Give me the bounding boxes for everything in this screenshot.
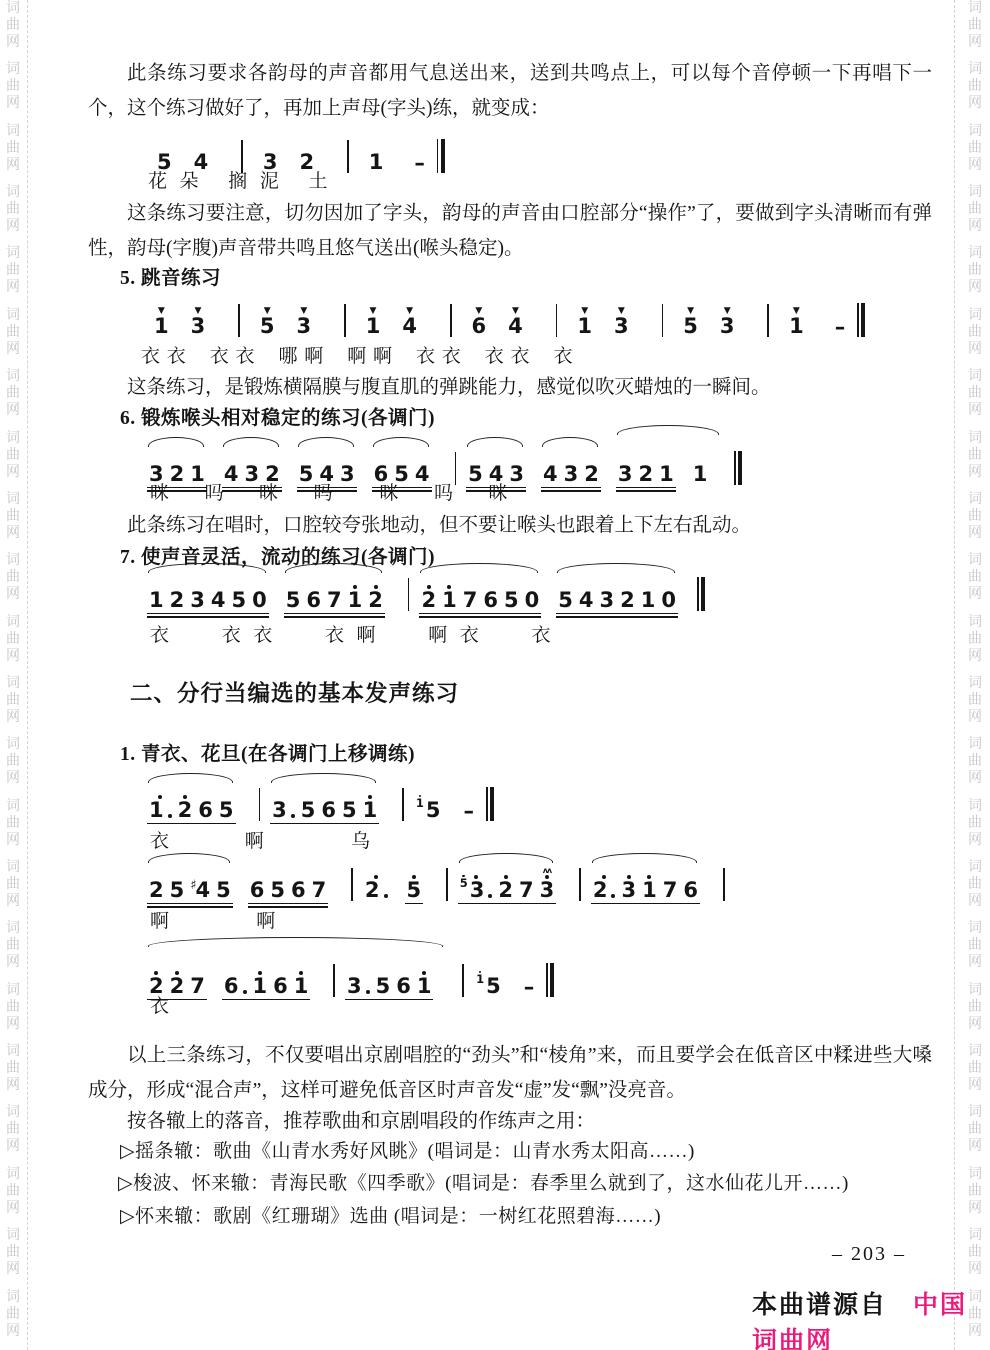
jianpu-note: ▼3 <box>191 300 206 337</box>
watermark-char: 曲 <box>968 569 982 586</box>
watermark-char: 网 <box>968 1200 982 1217</box>
note-digit-row: 5 <box>407 880 422 901</box>
note-digit: 2 <box>170 590 185 611</box>
beam <box>147 613 269 615</box>
note-row: 432 <box>540 448 602 485</box>
note-digit: 7 <box>519 880 534 901</box>
jianpu-note: 6 <box>321 784 336 821</box>
note-digit-row: 6 <box>273 976 288 997</box>
list-item-suobo-huailai: ▷梭波、怀来辙：青海民歌《四季歌》(唱词是：春季里么就到了，这水仙花儿开……) <box>118 1168 849 1195</box>
lyrics-qingyi-2: 啊 啊 <box>150 906 276 933</box>
arc-slot <box>371 436 433 448</box>
note-digit-row: 1 <box>641 590 656 611</box>
note-digit: 2 <box>620 590 635 611</box>
note-digit: 3 <box>509 464 524 485</box>
note-digit-row: 6 <box>224 976 247 997</box>
arc-slot <box>690 436 711 448</box>
lyrics-linghuo: 衣 衣 衣 衣 啊 啊 衣 衣 <box>150 620 552 647</box>
note-digit-row: 5 <box>504 590 519 611</box>
watermark-char: 曲 <box>6 17 20 34</box>
watermark-char: 曲 <box>968 324 982 341</box>
jianpu-note: ▼4 <box>508 300 523 337</box>
arc-slot <box>615 424 724 436</box>
note-digit-row: 2 <box>149 880 164 901</box>
note-digit-row: 3 <box>347 976 370 997</box>
arc-slot <box>404 852 425 864</box>
jianpu-note: 2 <box>149 864 164 901</box>
watermark-char: 曲 <box>6 631 20 648</box>
dotted-note-dot <box>611 894 615 898</box>
watermark-char: 网 <box>6 1077 20 1094</box>
note-digit: 2 <box>498 880 513 901</box>
jianpu-note: 53 <box>460 864 493 901</box>
note-digit-row: 1 <box>149 590 164 611</box>
note-row: 2 <box>362 864 391 901</box>
watermark-char: 曲 <box>6 1306 20 1323</box>
note-group: ▼5▼3 <box>672 288 745 347</box>
note-digit-row: 4 <box>211 590 226 611</box>
note-digit-row: 3 <box>272 800 295 821</box>
jianpu-note: 7 <box>190 960 205 997</box>
page-number: – 203 – <box>832 1243 906 1266</box>
watermark-char: 网 <box>6 770 20 787</box>
note-digit: 1 <box>294 976 309 997</box>
slurred-group-row: 3211 <box>615 436 724 495</box>
dotted-note-dot <box>168 814 172 818</box>
watermark-char: 词 <box>6 0 20 17</box>
watermark-char: 曲 <box>6 876 20 893</box>
jianpu-note: 1 <box>363 784 378 821</box>
slur-arc <box>617 425 720 435</box>
note-row: 15 <box>473 960 504 997</box>
note-digit: 5 <box>504 590 519 611</box>
note-row: 1265 <box>146 784 237 821</box>
barline <box>238 304 240 337</box>
arc-slot <box>146 852 234 864</box>
note-digit: 1 <box>154 316 169 337</box>
note-digit: 3 <box>296 316 311 337</box>
barline-thick <box>441 139 445 173</box>
jianpu-note: 6 <box>396 960 411 997</box>
watermark-char: 网 <box>968 1138 982 1155</box>
slur-arc <box>148 773 233 783</box>
note-row: 123450 <box>146 574 270 611</box>
jianpu-note: 6 <box>250 864 265 901</box>
sharp-sign: ♯ <box>190 878 196 893</box>
note-digit: 0 <box>661 590 676 611</box>
jianpu-note: 1 <box>369 136 384 173</box>
list-item-huailai: ▷怀来辙：歌剧《红珊瑚》选曲 (唱词是：一树红花照碧海……) <box>120 1201 661 1228</box>
watermark-char: 词 <box>968 982 982 999</box>
arc-slot <box>473 948 504 960</box>
book-page: 词曲网词曲网词曲网词曲网词曲网词曲网词曲网词曲网词曲网词曲网词曲网词曲网词曲网词… <box>0 0 990 1350</box>
barline-thick <box>490 787 494 821</box>
beam <box>147 823 236 825</box>
note-digit: 7 <box>463 590 478 611</box>
note-digit: 5 <box>376 976 391 997</box>
note-digit-row: 5 <box>216 880 231 901</box>
watermark-char: 词 <box>6 61 20 78</box>
watermark-char: 词 <box>6 552 20 569</box>
note-digit-row: 2 <box>620 590 635 611</box>
beam-lines <box>404 901 425 911</box>
watermark-char: 曲 <box>968 140 982 157</box>
barline <box>344 304 346 337</box>
note-digit-row: 7 <box>312 880 327 901</box>
barline <box>347 140 349 173</box>
note-digit-row: 7 <box>190 976 205 997</box>
note-group: 543210 <box>555 562 679 621</box>
note-digit-row: 2 <box>498 880 513 901</box>
note-digit-row: 1 <box>253 976 268 997</box>
watermark-char: 词 <box>6 1043 20 1060</box>
note-row: 15 <box>413 784 444 821</box>
note-digit: 2 <box>365 880 380 901</box>
note-digit: 4 <box>579 590 594 611</box>
note-digit-row: 3 <box>621 880 636 901</box>
watermark-char: 网 <box>6 709 20 726</box>
jianpu-note: ▼1 <box>154 300 169 337</box>
barline-thick <box>550 963 554 997</box>
arc-slot <box>221 436 283 448</box>
jianpu-note: 3 <box>190 574 205 611</box>
note-digit: 1 <box>363 800 378 821</box>
note-digit-row: 3 <box>191 316 206 337</box>
watermark-char: 词 <box>968 552 982 569</box>
arc-slot <box>418 562 542 574</box>
watermark-char: 网 <box>6 34 20 51</box>
barline-thick <box>701 577 705 611</box>
note-digit: 3 <box>540 880 555 901</box>
note-digit: 1 <box>659 464 674 485</box>
note-digit-row: 1 <box>417 976 432 997</box>
note-digit: 7 <box>312 880 327 901</box>
jianpu-note: 1 <box>149 574 164 611</box>
note-group: 217650 <box>418 562 542 621</box>
jianpu-note: 3 <box>564 448 579 485</box>
note-digit-row: 3 <box>509 464 524 485</box>
note-digit-row: 6 <box>321 800 336 821</box>
dotted-note-dot <box>384 894 388 898</box>
watermark-char: 网 <box>968 954 982 971</box>
note-group: 432 <box>540 436 602 495</box>
jianpu-note: 7 <box>463 574 478 611</box>
note-digit: 1 <box>789 316 804 337</box>
watermark-char: 网 <box>968 279 982 296</box>
jianpu-note: 2 <box>170 574 185 611</box>
note-row: 543210 <box>555 574 679 611</box>
note-digit-row: 3 <box>190 590 205 611</box>
beam <box>458 903 557 905</box>
notation-line-tiaoyin: ▼1▼3▼5▼3▼1▼4▼6▼4▼1▼3▼5▼3▼1– <box>143 288 865 347</box>
watermark-char: 词 <box>6 430 20 447</box>
dotted-note-dot <box>243 990 247 994</box>
jianpu-note: 15 <box>416 784 441 821</box>
note-group: ▼1▼3 <box>566 288 639 347</box>
watermark-char: 词 <box>6 1166 20 1183</box>
watermark-char: 词 <box>968 1166 982 1183</box>
watermark-char: 词 <box>968 491 982 508</box>
watermark-char: 曲 <box>6 1183 20 1200</box>
note-digit: 3 <box>614 316 629 337</box>
arc-slot <box>555 562 679 574</box>
jianpu-note: 5 <box>219 784 234 821</box>
jianpu-note: 5 <box>216 864 231 901</box>
arc-slot <box>413 772 444 784</box>
list-item-yaotiao: ▷摇条辙：歌曲《山青水秀好风眺》(唱词是：山青水秀太阳高……) <box>120 1136 695 1163</box>
note-digit: 5 <box>342 800 357 821</box>
note-row: ▼1 <box>778 300 815 337</box>
note-digit-row: 0 <box>525 590 540 611</box>
watermark-char: 曲 <box>968 1121 982 1138</box>
barline <box>402 788 404 821</box>
final-barline <box>437 139 445 173</box>
note-digit: 7 <box>327 590 342 611</box>
note-digit-row: 6 <box>291 880 306 901</box>
note-digit: 5 <box>232 590 247 611</box>
jianpu-note: 5 <box>376 960 391 997</box>
note-group: 123450 <box>146 562 270 621</box>
note-row: ▼1▼3 <box>566 300 639 337</box>
note-digit: 6 <box>683 880 698 901</box>
watermark-char: 网 <box>968 893 982 910</box>
jianpu-note: 4 <box>579 574 594 611</box>
note-digit: 1 <box>641 590 656 611</box>
arc-slot <box>269 772 380 784</box>
jianpu-note: ♯4 <box>190 864 210 901</box>
arc-slot <box>221 948 312 960</box>
note-digit: 6 <box>273 976 288 997</box>
watermark-char: 词 <box>968 614 982 631</box>
beam <box>616 487 676 489</box>
watermark-char: 网 <box>6 525 20 542</box>
duration-dash: – <box>524 979 535 995</box>
note-row: 5 <box>404 864 425 901</box>
note-digit: 3 <box>190 590 205 611</box>
note-digit-row: 6 <box>306 590 321 611</box>
note-group: ▼6▼4 <box>461 288 534 347</box>
note-digit-row: 1 <box>642 880 657 901</box>
dotted-note-dot <box>366 990 370 994</box>
note-digit-row: 4 <box>402 316 417 337</box>
note-digit: 2 <box>178 800 193 821</box>
note-digit-row: 5 <box>376 976 391 997</box>
jianpu-note: 7 <box>519 864 534 901</box>
note-digit: 5 <box>260 316 275 337</box>
note-digit: 1 <box>348 590 363 611</box>
watermark-char: 网 <box>6 402 20 419</box>
watermark-char: 网 <box>6 1016 20 1033</box>
note-digit-row: 1 <box>369 152 384 173</box>
barline <box>259 788 261 821</box>
arc-slot <box>146 936 447 948</box>
note-digit-row: 7 <box>327 590 342 611</box>
watermark-char: 词 <box>6 736 20 753</box>
note-digit-row: 3 <box>618 464 633 485</box>
note-digit-row: 1 <box>366 316 381 337</box>
watermark-char: 词 <box>6 920 20 937</box>
slur-arc <box>373 437 429 447</box>
watermark-char: 网 <box>968 525 982 542</box>
note-digit-row: 2 <box>365 880 388 901</box>
note-group: 23176 <box>590 852 701 911</box>
note-digit-row: 5 <box>342 800 357 821</box>
beam-lines <box>690 485 711 495</box>
note-digit: 6 <box>321 800 336 821</box>
watermark-char: 词 <box>6 982 20 999</box>
note-digit-row: 1 <box>348 590 363 611</box>
jianpu-note: 3 <box>599 574 614 611</box>
note-group: ▼1▼4 <box>355 288 428 347</box>
grace-note: 5 <box>460 874 468 889</box>
barline <box>351 868 353 901</box>
watermark-char: 词 <box>968 430 982 447</box>
slur-arc <box>459 853 554 863</box>
note-group: 321 <box>615 436 677 495</box>
jianpu-note: ▼5 <box>260 300 275 337</box>
jianpu-note: 1 <box>294 960 309 997</box>
arc-slot <box>344 948 435 960</box>
jianpu-note: ▼1 <box>789 300 804 337</box>
barline <box>462 964 464 997</box>
note-digit-row: 0 <box>661 590 676 611</box>
watermark-char: 网 <box>968 341 982 358</box>
note-digit-row: 6 <box>483 590 498 611</box>
watermark-char: 网 <box>6 832 20 849</box>
jianpu-note: 1 <box>693 448 708 485</box>
paragraph-three-exercises: 以上三条练习，不仅要唱出京剧唱腔的“劲头”和“棱角”来，而且要学会在低音区中糅进… <box>88 1038 932 1108</box>
jianpu-note: 15 <box>476 960 501 997</box>
note-digit: 2 <box>421 590 436 611</box>
watermark-char: 词 <box>6 675 20 692</box>
arc-slot <box>283 562 386 574</box>
note-digit: 0 <box>525 590 540 611</box>
note-digit: 6 <box>306 590 321 611</box>
beam <box>284 616 385 618</box>
note-digit-row: 6 <box>683 880 698 901</box>
note-group: 6567 <box>247 852 330 911</box>
watermark-char: 曲 <box>968 17 982 34</box>
note-digit: 1 <box>369 152 384 173</box>
note-digit: 3 <box>618 464 633 485</box>
beam <box>591 903 700 905</box>
note-digit-row: 5 <box>232 590 247 611</box>
note-group: ▼1 <box>778 288 815 347</box>
jianpu-note: 1 <box>659 448 674 485</box>
note-digit: 5 <box>426 800 441 821</box>
watermark-char: 曲 <box>6 937 20 954</box>
watermark-char: 曲 <box>968 753 982 770</box>
watermark-char: 网 <box>6 341 20 358</box>
mordent-mark: ʌʌ <box>543 867 551 874</box>
watermark-char: 曲 <box>6 692 20 709</box>
jianpu-note: 3 <box>509 448 524 485</box>
watermark-char: 网 <box>6 648 20 665</box>
watermark-char: 词 <box>968 859 982 876</box>
beam-lines <box>540 485 602 495</box>
note-digit-row: 1 <box>577 316 592 337</box>
note-digit-row: 1 <box>154 316 169 337</box>
barline <box>767 304 769 337</box>
barline <box>333 964 335 997</box>
note-digit: 1 <box>577 316 592 337</box>
barline <box>408 578 410 611</box>
jianpu-note: 4 <box>211 574 226 611</box>
note-digit: 1 <box>366 316 381 337</box>
barline-thin <box>546 963 548 997</box>
watermark-char: 曲 <box>6 385 20 402</box>
watermark-char: 词 <box>968 798 982 815</box>
watermark-char: 词 <box>6 245 20 262</box>
arc-slot <box>355 288 428 300</box>
paragraph-houtou-note: 此条练习在唱时，口腔较夸张地动，但不要让喉头也跟着上下左右乱动。 <box>88 508 932 543</box>
note-digit-row: 1 <box>789 316 804 337</box>
watermark-char: 网 <box>968 648 982 665</box>
note-digit-row: 53 <box>460 880 493 901</box>
note-digit: 6 <box>291 880 306 901</box>
watermark-char: 词 <box>968 307 982 324</box>
jianpu-note: 6 <box>198 784 213 821</box>
jianpu-note: 7 <box>663 864 678 901</box>
arc-slot <box>249 288 322 300</box>
beam <box>405 903 424 905</box>
beam-lines <box>344 997 435 1007</box>
note-digit-row: 3 <box>599 590 614 611</box>
watermark-char: 曲 <box>968 1244 982 1261</box>
grace-note: 1 <box>416 794 424 809</box>
barline <box>450 304 452 337</box>
note-digit: 4 <box>211 590 226 611</box>
jianpu-note: ▼4 <box>402 300 417 337</box>
note-digit-row: 5 <box>286 590 301 611</box>
note-digit-row: 15 <box>476 976 501 997</box>
watermark-char: 网 <box>6 954 20 971</box>
note-group: 5327ʌʌ3 <box>457 852 558 911</box>
beam <box>147 903 233 905</box>
note-digit-row: 3 <box>564 464 579 485</box>
grace-note: 1 <box>476 970 484 985</box>
watermark-char: 曲 <box>6 324 20 341</box>
watermark-char: 曲 <box>968 999 982 1016</box>
watermark-char: 网 <box>6 95 20 112</box>
duration-dash: – <box>463 803 474 819</box>
note-digit-row: 5 <box>219 800 234 821</box>
slur-arc <box>148 853 230 863</box>
note-digit: 5 <box>170 880 185 901</box>
arc-slot <box>465 436 527 448</box>
slur-arc <box>148 437 204 447</box>
watermark-char: 网 <box>968 586 982 603</box>
paragraph-yunmu-exercise: 此条练习要求各韵母的声音都用气息送出来，送到共鸣点上，可以每个音停顿一下再唱下一… <box>88 56 932 126</box>
grace-digit: 5 <box>460 878 468 888</box>
note-digit: 2 <box>368 590 383 611</box>
beam-lines <box>590 901 701 911</box>
watermark-char: 网 <box>968 832 982 849</box>
dotted-note-dot <box>291 814 295 818</box>
jianpu-note: ▼3 <box>614 300 629 337</box>
watermark-char: 网 <box>968 770 982 787</box>
note-digit: 5 <box>270 880 285 901</box>
jianpu-note: 5 <box>270 864 285 901</box>
slur-arc <box>420 563 538 573</box>
note-group: 3561 <box>344 948 435 1007</box>
slur-arc <box>592 853 697 863</box>
note-row: ▼1▼4 <box>355 300 428 337</box>
source-attribution: 本曲谱源自中国词曲网 <box>752 1285 990 1350</box>
note-digit-row: 7 <box>463 590 478 611</box>
watermark-char: 词 <box>968 1043 982 1060</box>
watermark-char: 网 <box>968 402 982 419</box>
